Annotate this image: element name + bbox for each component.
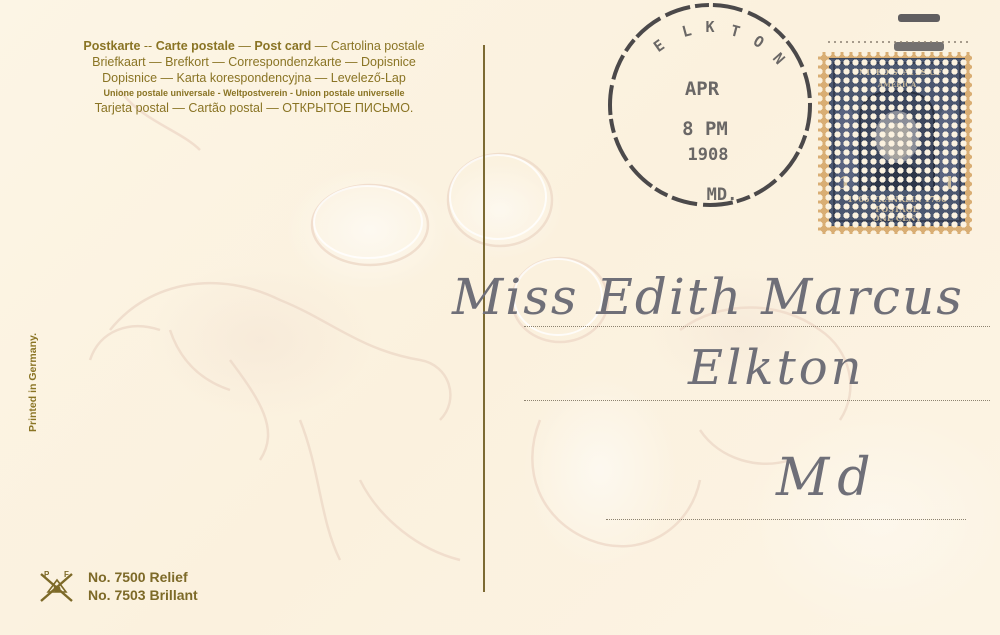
header-term: Karta korespondencyjna [177, 71, 312, 85]
recipient-city: Elkton [688, 340, 865, 396]
header-term: Dopisnice [361, 55, 416, 69]
svg-text:P: P [44, 570, 50, 579]
printed-in-germany: Printed in Germany. [27, 333, 39, 432]
header-term: Weltpostverein [223, 88, 287, 98]
header-term: Dopisnice [102, 71, 157, 85]
svg-text:1: 1 [839, 173, 852, 194]
svg-text:F: F [64, 570, 69, 579]
header-term: Correspondenzkarte [228, 55, 341, 69]
header-line-4: Unione postale universale - Weltpostvere… [44, 86, 464, 100]
header-line-5: Tarjeta postal — Cartão postal — ОТКРЫТО… [44, 100, 464, 116]
header-term: Brefkort [165, 55, 209, 69]
publisher-logo-icon: P F [38, 568, 76, 604]
svg-text:N: N [769, 49, 788, 68]
header-term: Union postale universelle [295, 88, 404, 98]
svg-text:L: L [680, 21, 693, 41]
header-term: Carte postale [156, 39, 235, 53]
address-line-3 [606, 519, 966, 520]
header-term: ОТКРЫТОЕ ПИСЬМО. [282, 101, 413, 115]
header-term: Cartolina postale [331, 39, 425, 53]
svg-text:E: E [650, 36, 668, 56]
address-line-2 [524, 400, 990, 401]
postmark-state: MD. [707, 185, 738, 205]
postmark-month: APR [685, 78, 720, 100]
svg-text:UNITED STATES OF: UNITED STATES OF [852, 67, 942, 77]
svg-text:O: O [750, 32, 767, 52]
header-term: Postkarte [83, 39, 140, 53]
header-term: Levelező-Lap [331, 71, 406, 85]
header-term: Tarjeta postal [95, 101, 169, 115]
catalog-number-brillant: No. 7503 Brillant [88, 586, 198, 604]
svg-text:T: T [729, 21, 742, 41]
header-line-1: Postkarte -- Carte postale — Post card —… [44, 38, 464, 54]
header-term: Unione postale universale [104, 88, 216, 98]
postmark-year: 1908 [688, 145, 729, 165]
postcard-header: Postkarte -- Carte postale — Post card —… [44, 38, 464, 116]
svg-text:1: 1 [943, 173, 956, 194]
stamp-margin-dots [828, 38, 970, 52]
svg-text:AMERICA: AMERICA [877, 80, 917, 89]
svg-text:1706 FRANKLIN 1790: 1706 FRANKLIN 1790 [847, 194, 947, 204]
header-term: Post card [254, 39, 311, 53]
postage-stamp: UNITED STATES OF AMERICA 1 1 1706 FRANKL… [818, 52, 972, 234]
address-line-1 [524, 326, 990, 327]
header-line-2: Briefkaart — Brefkort — Correspondenzkar… [44, 54, 464, 70]
header-term: Briefkaart [92, 55, 146, 69]
svg-text:K: K [705, 18, 714, 36]
postmark-time: 8 PM [682, 118, 728, 140]
catalog-number-relief: No. 7500 Relief [88, 568, 198, 586]
header-term: Cartão postal [188, 101, 262, 115]
publisher-footer: P F No. 7500 Relief No. 7503 Brillant [38, 568, 198, 604]
postcard: Postkarte -- Carte postale — Post card —… [0, 0, 1000, 635]
recipient-state: Md [776, 448, 879, 508]
postmark-cancel: E L K T O N APR 8 PM 1908 MD. [600, 0, 820, 220]
recipient-name: Miss Edith Marcus [452, 268, 964, 326]
svg-text:ONE CENT: ONE CENT [873, 213, 922, 223]
header-line-3: Dopisnice — Karta korespondencyjna — Lev… [44, 70, 464, 86]
stamp-design: UNITED STATES OF AMERICA 1 1 1706 FRANKL… [829, 58, 965, 226]
